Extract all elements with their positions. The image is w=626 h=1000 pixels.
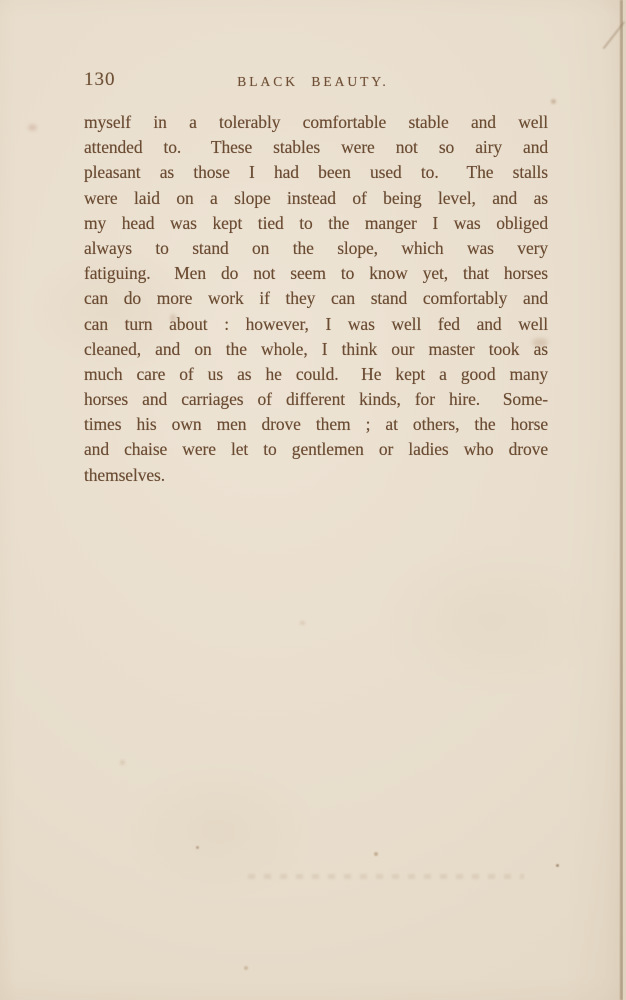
paper-speck xyxy=(28,124,37,131)
text-line: can do more work if they can stand comfo… xyxy=(84,286,548,311)
text-line: horses and carriages of different kinds,… xyxy=(84,387,548,412)
paper-speck xyxy=(244,966,248,970)
paper-speck xyxy=(120,760,125,765)
text-line: my head was kept tied to the manger I wa… xyxy=(84,211,548,236)
text-line: fatiguing. Men do not seem to know yet, … xyxy=(84,261,548,286)
paper-speck xyxy=(300,621,305,625)
text-line: can turn about : however, I was well fed… xyxy=(84,312,548,337)
body-text: myself in a tolerably comfortable stable… xyxy=(84,110,548,488)
text-line: themselves. xyxy=(84,463,548,488)
text-line: always to stand on the slope, which was … xyxy=(84,236,548,261)
reverse-side-text-ghost xyxy=(248,874,524,879)
text-line: myself in a tolerably comfortable stable… xyxy=(84,110,548,135)
running-title: BLACK BEAUTY. xyxy=(0,74,626,90)
text-line: attended to. These stables were not so a… xyxy=(84,135,548,160)
text-line: were laid on a slope instead of being le… xyxy=(84,186,548,211)
paper-speck xyxy=(196,846,199,849)
text-line: pleasant as those I had been used to. Th… xyxy=(84,160,548,185)
text-line: cleaned, and on the whole, I think our m… xyxy=(84,337,548,362)
text-line: times his own men drove them ; at others… xyxy=(84,412,548,437)
paper-speck xyxy=(556,864,559,867)
book-page-scan: 130 BLACK BEAUTY. myself in a tolerably … xyxy=(0,0,626,1000)
text-line: much care of us as he could. He kept a g… xyxy=(84,362,548,387)
paper-speck xyxy=(551,99,556,104)
paper-speck xyxy=(374,852,378,856)
text-line: and chaise were let to gentlemen or ladi… xyxy=(84,437,548,462)
